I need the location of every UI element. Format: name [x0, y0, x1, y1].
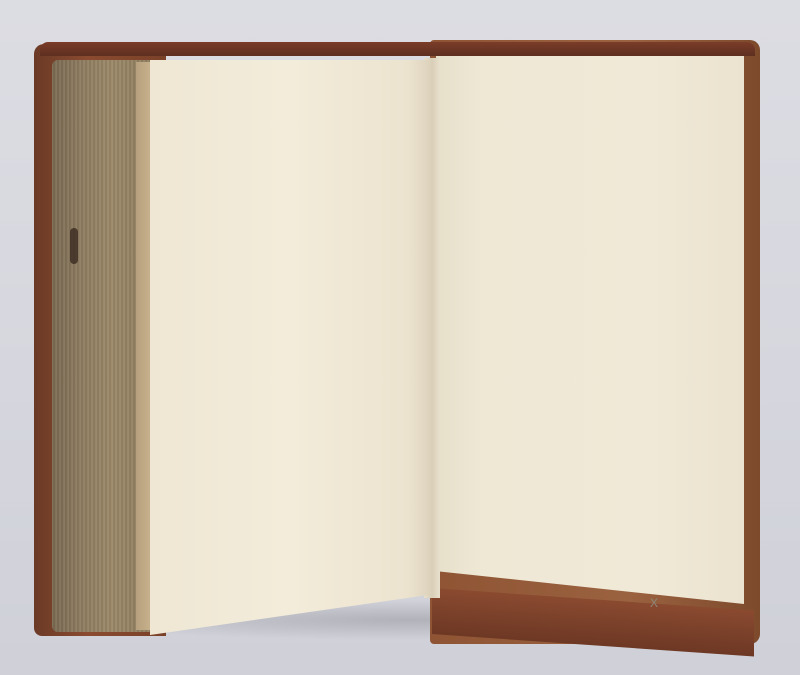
right-pastedown-page [436, 56, 744, 604]
pencil-mark: X [650, 596, 658, 610]
fore-edge-stain [70, 228, 78, 264]
cover-top-edge [40, 42, 755, 56]
photo-scene: X [0, 0, 800, 675]
left-blank-page [150, 60, 430, 635]
